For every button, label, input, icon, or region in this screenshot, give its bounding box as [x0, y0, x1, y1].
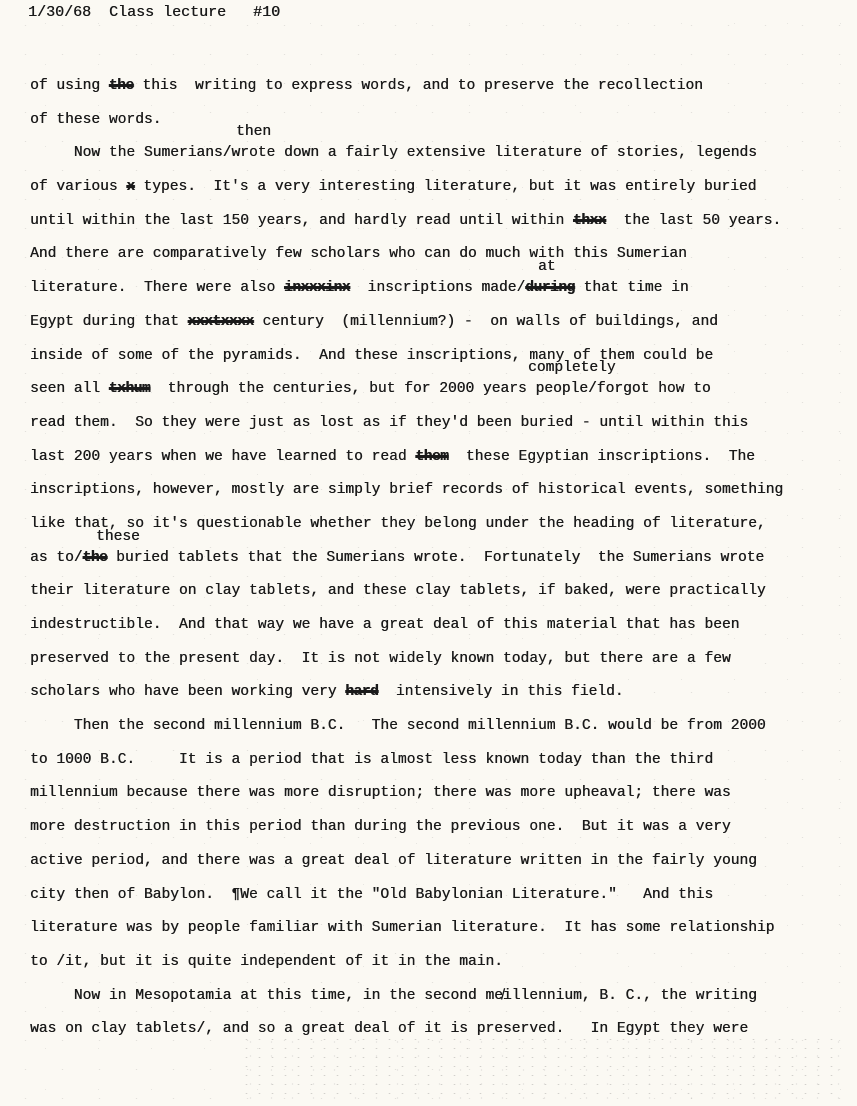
struck-word: txhum [109, 381, 150, 397]
text-line: to 1000 B.C. It is a period that is almo… [30, 744, 840, 778]
text-segment: of these words. [30, 112, 161, 128]
text-segment: indestructible. And that way we have a g… [30, 617, 739, 633]
text-segment: Egypt during that [30, 314, 188, 330]
text-segment: this writing to express words, and to pr… [134, 78, 703, 94]
text-segment: through the centuries, but for 2000 year… [150, 381, 711, 397]
text-line: seen all txhum through the centuries, bu… [30, 373, 840, 407]
text-segment: preserved to the present day. It is not … [30, 651, 731, 667]
text-line: millennium because there was more disrup… [30, 777, 840, 811]
text-segment: seen all [30, 381, 109, 397]
text-line: more destruction in this period than dur… [30, 811, 840, 845]
struck-word: thxx [573, 213, 606, 229]
text-segment: more destruction in this period than dur… [30, 819, 731, 835]
text-line: last 200 years when we have learned to r… [30, 441, 840, 475]
struck-word: hard [345, 684, 378, 700]
text-line: indestructible. And that way we have a g… [30, 609, 840, 643]
inserted-word: these [96, 530, 140, 545]
text-segment: inscriptions made/ [350, 280, 525, 296]
text-line: as to/the buried tablets that the Sumeri… [30, 542, 840, 576]
text-segment: buried tablets that the Sumerians wrote.… [107, 550, 764, 566]
text-line: literature. There were also inxxxinx ins… [30, 272, 840, 306]
struck-word: during [525, 280, 575, 296]
text-segment: Then the second millennium B.C. The seco… [30, 718, 766, 734]
text-segment: Now the Sumerians/wrote down a fairly ex… [30, 145, 757, 161]
text-segment: types. It's a very interesting literatur… [135, 179, 757, 195]
text-line: was on clay tablets/, and so a great dea… [30, 1013, 840, 1047]
text-line: And there are comparatively few scholars… [30, 238, 840, 272]
text-segment: active period, and there was a great dea… [30, 853, 757, 869]
text-segment: their literature on clay tablets, and th… [30, 583, 766, 599]
text-segment: was on clay tablets/, and so a great dea… [30, 1021, 748, 1037]
text-segment: that time in [575, 280, 689, 296]
inserted-word: at [538, 260, 556, 275]
text-segment: literature was by people familiar with S… [30, 920, 774, 936]
text-line: preserved to the present day. It is not … [30, 643, 840, 677]
text-segment: these Egyptian inscriptions. The [448, 449, 755, 465]
inserted-word: completely [528, 361, 616, 376]
text-segment: last 200 years when we have learned to r… [30, 449, 415, 465]
text-segment: millennium because there was more disrup… [30, 785, 731, 801]
text-line: Then the second millennium B.C. The seco… [30, 710, 840, 744]
text-line: city then of Babylon. ¶We call it the "O… [30, 879, 840, 913]
text-segment: to 1000 B.C. It is a period that is almo… [30, 752, 713, 768]
text-segment: to /it, but it is quite independent of i… [30, 954, 503, 970]
text-line: active period, and there was a great dea… [30, 845, 840, 879]
text-line: of these words. [30, 104, 840, 138]
text-line: Now in Mesopotamia at this time, in the … [30, 980, 840, 1014]
text-line: Egypt during that xxxtxxxx century (mill… [30, 306, 840, 340]
text-line: their literature on clay tablets, and th… [30, 575, 840, 609]
text-line: Now the Sumerians/wrote down a fairly ex… [30, 137, 840, 171]
struck-word: the [83, 550, 108, 566]
text-line: like that, so it's questionable whether … [30, 508, 840, 542]
text-line: to /it, but it is quite independent of i… [30, 946, 840, 980]
struck-word: inxxxinx [284, 280, 350, 296]
text-segment: of various [30, 179, 126, 195]
text-segment: until within the last 150 years, and har… [30, 213, 573, 229]
text-line: of using the this writing to express wor… [30, 70, 840, 104]
inserted-word: then [236, 125, 271, 140]
text-segment: intensively in this field. [378, 684, 623, 700]
text-segment: scholars who have been working very [30, 684, 345, 700]
text-line: literature was by people familiar with S… [30, 912, 840, 946]
text-line: until within the last 150 years, and har… [30, 205, 840, 239]
struck-word: them [415, 449, 448, 465]
text-line: scholars who have been working very hard… [30, 676, 840, 710]
text-segment: the last 50 years. [606, 213, 781, 229]
text-segment: read them. So they were just as lost as … [30, 415, 748, 431]
text-line: inscriptions, however, mostly are simply… [30, 474, 840, 508]
text-segment: inscriptions, however, mostly are simply… [30, 482, 783, 498]
text-line: read them. So they were just as lost as … [30, 407, 840, 441]
scanned-lecture-page: 1/30/68 Class lecture #10 of using the t… [0, 0, 857, 1106]
text-line: inside of some of the pyramids. And thes… [30, 340, 840, 374]
text-segment: of using [30, 78, 109, 94]
page-header: 1/30/68 Class lecture #10 [28, 4, 280, 21]
text-segment: Now in Mesopotamia at this time, in the … [30, 988, 757, 1004]
text-segment: city then of Babylon. ¶We call it the "O… [30, 887, 713, 903]
text-segment: as to/ [30, 550, 83, 566]
text-segment: And there are comparatively few scholars… [30, 246, 687, 262]
document-body: of using the this writing to express wor… [30, 70, 840, 1047]
text-segment: like that, so it's questionable whether … [30, 516, 766, 532]
struck-word: the [109, 78, 134, 94]
struck-word: x [126, 179, 134, 195]
struck-word: xxxtxxxx [188, 314, 254, 330]
text-segment: literature. There were also [30, 280, 284, 296]
text-line: of various x types. It's a very interest… [30, 171, 840, 205]
text-segment: century (millennium?) - on walls of buil… [254, 314, 718, 330]
